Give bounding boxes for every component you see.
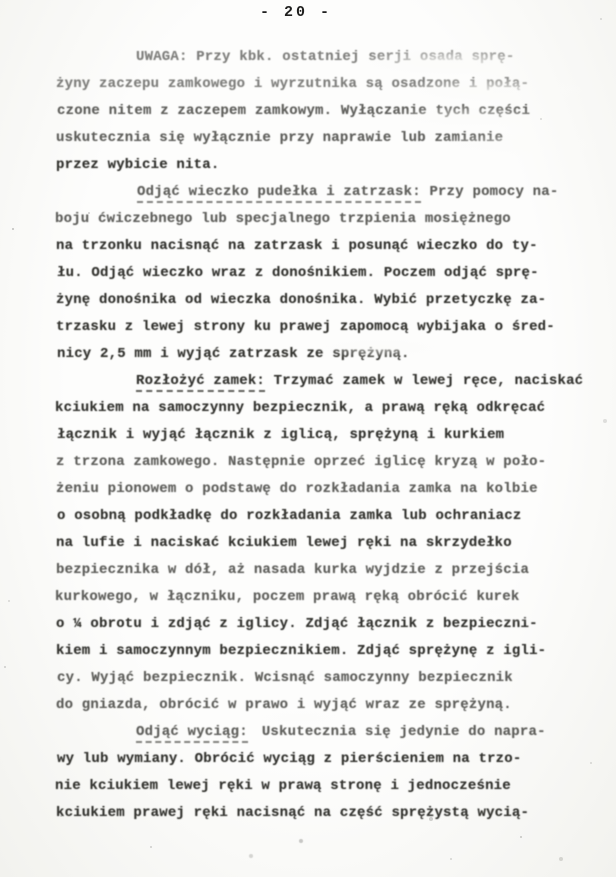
text-line: nie kciukiem lewej ręki w prawą stronę i…	[55, 773, 567, 800]
text-line: uskutecznia się wyłącznie przy naprawie …	[56, 125, 568, 152]
line-text: na trzonku nacisnąć na zatrzask i posuną…	[56, 238, 538, 254]
text-line: przez wybicie nita.	[56, 152, 568, 179]
text-line: bezpiecznika w dół, aż nasada kurka wyjd…	[56, 557, 568, 584]
line-text: żynę donośnika od wieczka donośnika. Wyb…	[56, 292, 546, 308]
text-line: wy lub wymiany. Obrócić wyciąg z pierści…	[57, 746, 569, 773]
line-text: do gniazda, obrócić w prawo i wyjąć wraz…	[56, 697, 512, 713]
text-line: łącznik i wyjąć łącznik z iglicą, spręży…	[57, 422, 569, 449]
text-line: Odjąć wyciąg:Uskutecznia się jedynie do …	[56, 719, 568, 746]
line-text: wy lub wymiany. Obrócić wyciąg z pierści…	[57, 751, 521, 767]
text-line: boju ćwiczebnego lub specjalnego trzpien…	[55, 206, 567, 233]
heading-underlined: Odjąć wieczko pudełka i zatrzask:	[137, 184, 421, 203]
line-text: z trzona zamkowego. Następnie oprzeć igl…	[56, 454, 546, 470]
text-line: z trzona zamkowego. Następnie oprzeć igl…	[56, 449, 568, 476]
line-text: żyny zaczepu zamkowego i wyrzutnika są o…	[56, 76, 529, 92]
scanned-page: - 20 - UWAGA: Przy kbk. ostatniej serji …	[0, 0, 616, 877]
text-line: łu. Odjąć wieczko wraz z donośnikiem. Po…	[57, 260, 569, 287]
text-line: kurkowego, w łączniku, poczem prawą ręką…	[55, 584, 567, 611]
heading-underlined: Rozłożyć zamek:	[136, 373, 265, 392]
line-text: nicy 2,5 mm i wyjąć zatrzask ze sprężyną…	[57, 346, 410, 362]
line-text: o osobną podkładkę do rozkładania zamka …	[57, 508, 521, 524]
text-line: o ¼ obrotu i zdjąć z iglicy. Zdjąć łączn…	[56, 611, 568, 638]
line-text: boju ćwiczebnego lub specjalnego trzpien…	[55, 211, 511, 227]
document-text: UWAGA: Przy kbk. ostatniej serji osada s…	[56, 44, 568, 827]
page-number: - 20 -	[0, 4, 604, 21]
scan-noise-specks	[0, 0, 2, 2]
line-text: łu. Odjąć wieczko wraz z donośnikiem. Po…	[57, 265, 539, 281]
line-text: trzasku z lewej strony ku prawej zapomoc…	[56, 319, 555, 335]
line-text: na lufie i naciskać kciukiem lewej ręki …	[56, 535, 512, 551]
text-line: nicy 2,5 mm i wyjąć zatrzask ze sprężyną…	[57, 341, 569, 368]
text-line: Odjąć wieczko pudełka i zatrzask: Przy p…	[57, 179, 569, 206]
line-text: czone nitem z zaczepem zamkowym. Wyłącza…	[57, 103, 530, 119]
line-text: UWAGA: Przy kbk. ostatniej serji osada s…	[136, 49, 514, 65]
line-text: Trzymać zamek w lewej ręce, naciskać	[265, 373, 583, 389]
line-text: bezpiecznika w dół, aż nasada kurka wyjd…	[56, 562, 529, 578]
text-line: kciukiem prawej ręki nacisnąć na część s…	[56, 800, 568, 827]
text-line: czone nitem z zaczepem zamkowym. Wyłącza…	[57, 98, 569, 125]
text-line: do gniazda, obrócić w prawo i wyjąć wraz…	[56, 692, 568, 719]
text-line: na trzonku nacisnąć na zatrzask i posuną…	[56, 233, 568, 260]
line-text: cy. Wyjąć bezpiecznik. Wcisnąć samoczynn…	[57, 670, 513, 686]
text-line: żyny zaczepu zamkowego i wyrzutnika są o…	[56, 71, 568, 98]
text-line: Rozłożyć zamek: Trzymać zamek w lewej rę…	[56, 368, 568, 395]
text-line: UWAGA: Przy kbk. ostatniej serji osada s…	[56, 44, 568, 71]
text-line: kciukiem na samoczynny bezpiecznik, a pr…	[55, 395, 567, 422]
text-line: żynę donośnika od wieczka donośnika. Wyb…	[56, 287, 568, 314]
line-text: Przy pomocy na-	[421, 184, 559, 200]
text-line: trzasku z lewej strony ku prawej zapomoc…	[56, 314, 568, 341]
line-text: kciukiem na samoczynny bezpiecznik, a pr…	[55, 400, 545, 416]
line-text: nie kciukiem lewej ręki w prawą stronę i…	[55, 778, 511, 794]
line-text: kciukiem prawej ręki nacisnąć na część s…	[56, 805, 529, 821]
line-text: o ¼ obrotu i zdjąć z iglicy. Zdjąć łączn…	[56, 616, 538, 632]
text-line: cy. Wyjąć bezpiecznik. Wcisnąć samoczynn…	[57, 665, 569, 692]
heading-underlined: Odjąć wyciąg:	[136, 724, 248, 743]
line-text: żeniu pionowem o podstawę do rozkładania…	[56, 481, 538, 497]
line-text: łącznik i wyjąć łącznik z iglicą, spręży…	[57, 427, 504, 443]
line-text: kurkowego, w łączniku, poczem prawą ręką…	[55, 589, 519, 605]
line-text: kiem i samoczynnym bezpiecznikiem. Zdjąć…	[56, 643, 546, 659]
line-text: Uskutecznia się jedynie do napra-	[248, 724, 546, 740]
text-line: na lufie i naciskać kciukiem lewej ręki …	[56, 530, 568, 557]
line-text: uskutecznia się wyłącznie przy naprawie …	[56, 130, 503, 146]
text-line: o osobną podkładkę do rozkładania zamka …	[57, 503, 569, 530]
line-text: przez wybicie nita.	[56, 157, 219, 173]
text-line: kiem i samoczynnym bezpiecznikiem. Zdjąć…	[56, 638, 568, 665]
text-line: żeniu pionowem o podstawę do rozkładania…	[56, 476, 568, 503]
